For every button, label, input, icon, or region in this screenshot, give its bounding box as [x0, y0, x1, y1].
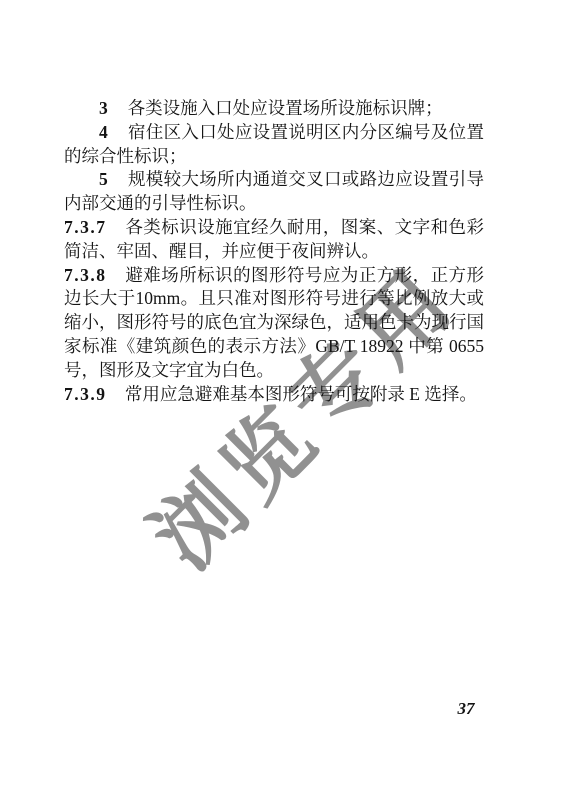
list-item: 3各类设施入口处应设置场所设施标识牌； — [64, 97, 484, 121]
item-number: 4 — [99, 122, 109, 142]
clause-paragraph: 7.3.8避难场所标识的图形符号应为正方形，正方形边长大于10mm。且只准对图形… — [64, 264, 484, 383]
item-text: 宿住区入口处应设置说明区内分区编号及位置的综合性标识； — [64, 122, 484, 166]
clause-text: 常用应急避难基本图形符号可按附录 E 选择。 — [125, 384, 477, 404]
clause-number: 7.3.7 — [64, 217, 107, 237]
clause-paragraph: 7.3.9常用应急避难基本图形符号可按附录 E 选择。 — [64, 383, 484, 407]
list-item: 4宿住区入口处应设置说明区内分区编号及位置的综合性标识； — [64, 121, 484, 169]
clause-number: 7.3.8 — [64, 265, 107, 285]
clause-text: 各类标识设施宜经久耐用，图案、文字和色彩简洁、牢固、醒目，并应便于夜间辨认。 — [64, 217, 484, 261]
item-text: 规模较大场所内通道交叉口或路边应设置引导内部交通的引导性标识。 — [64, 169, 484, 213]
document-page: 浏览专用 3各类设施入口处应设置场所设施标识牌； 4宿住区入口处应设置说明区内分… — [0, 0, 561, 804]
clause-text: 避难场所标识的图形符号应为正方形，正方形边长大于10mm。且只准对图形符号进行等… — [64, 265, 484, 380]
list-item: 5规模较大场所内通道交叉口或路边应设置引导内部交通的引导性标识。 — [64, 168, 484, 216]
item-number: 5 — [99, 169, 109, 189]
page-content: 3各类设施入口处应设置场所设施标识牌； 4宿住区入口处应设置说明区内分区编号及位… — [64, 97, 484, 406]
page-number: 37 — [448, 699, 484, 719]
clause-paragraph: 7.3.7各类标识设施宜经久耐用，图案、文字和色彩简洁、牢固、醒目，并应便于夜间… — [64, 216, 484, 264]
item-text: 各类设施入口处应设置场所设施标识牌； — [128, 98, 443, 118]
clause-number: 7.3.9 — [64, 384, 107, 404]
item-number: 3 — [99, 98, 109, 118]
